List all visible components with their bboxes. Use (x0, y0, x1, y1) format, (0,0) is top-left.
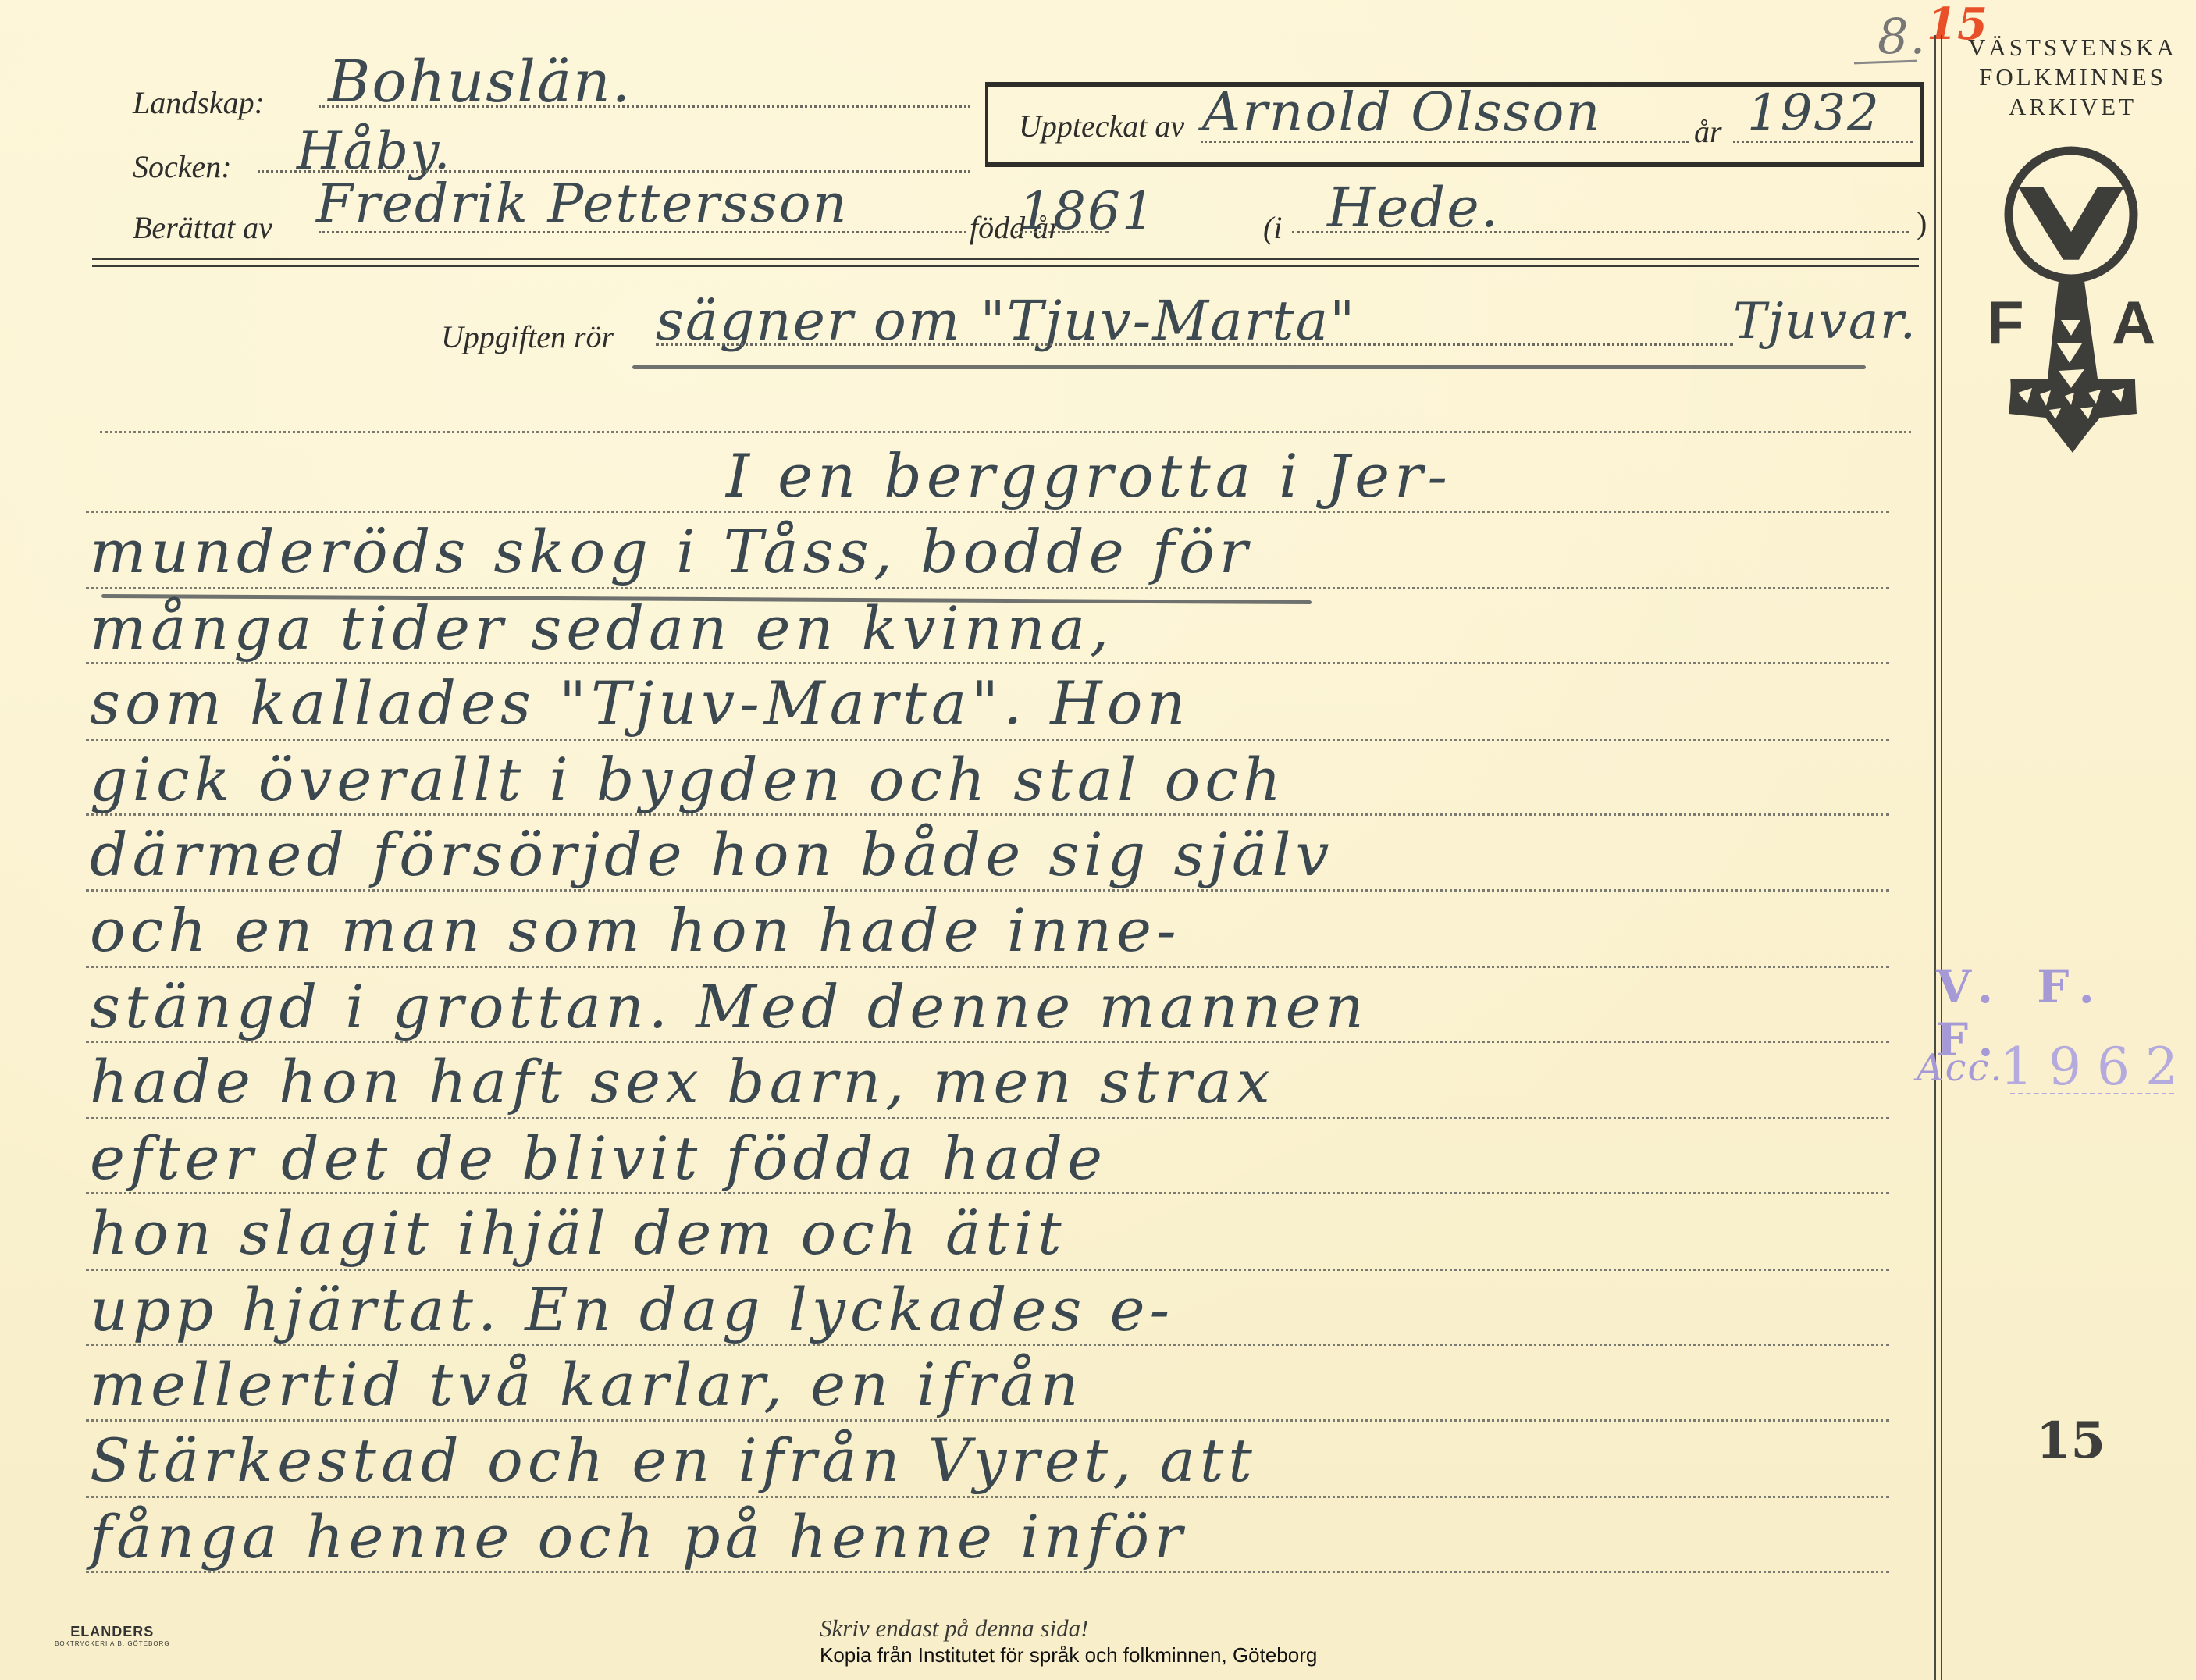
body-line-13: mellertid två karlar, en ifrån (90, 1350, 1083, 1419)
body-line-15: fånga henne och på henne inför (90, 1502, 1187, 1571)
ruled-line-6 (86, 889, 1889, 892)
fodd-dotted-line (1015, 231, 1109, 233)
footer-copy-notice: Kopia från Institutet för språk och folk… (820, 1643, 1317, 1668)
socken-dotted-line (258, 170, 970, 173)
margin-line-left (1934, 35, 1936, 1680)
body-line-6: därmed försörjde hon både sig själv (90, 820, 1334, 889)
footer-instruction: Skriv endast på denna sida! (820, 1614, 1088, 1643)
body-line-5: gick överallt i bygden och stal och (90, 745, 1286, 814)
ruled-line-14 (86, 1496, 1889, 1498)
header-rule-top (92, 258, 1919, 260)
recorder-year-label: år (1694, 113, 1722, 150)
logo-letter-f: F (1987, 288, 2024, 357)
archive-logo-icon: F A (1971, 144, 2174, 472)
body-line-12: upp hjärtat. En dag lyckades e- (90, 1275, 1174, 1344)
printer-subtitle: BOKTRYCKERI A.B. GÖTEBORG (55, 1638, 170, 1650)
body-line-4: som kallades "Tjuv-Marta". Hon (90, 668, 1190, 738)
fodd-place-close: ) (1917, 205, 1927, 241)
subject-underline (632, 365, 1866, 369)
ruled-line-9 (86, 1117, 1889, 1119)
ruled-line-13 (86, 1419, 1889, 1422)
body-line-8: stängd i grottan. Med denne mannen (90, 972, 1368, 1041)
landskap-dotted-line (319, 105, 970, 108)
fodd-place-dotted-line (1292, 231, 1909, 233)
stamped-page-number: 15 (2036, 1411, 2105, 1470)
berattat-label: Berättat av (133, 209, 272, 246)
landskap-label: Landskap: (133, 84, 265, 121)
subject-category: Tjuvar. (1733, 293, 1917, 351)
page-number-gray: 8. (1877, 8, 1927, 65)
ruled-line-4 (86, 739, 1889, 741)
margin-line-right (1941, 35, 1942, 1680)
fodd-place-open: (i (1263, 209, 1282, 246)
recorder-value: Arnold Olsson (1202, 82, 1601, 144)
body-line-3: många tider sedan en kvinna, (90, 593, 1113, 663)
logo-letter-a: A (2112, 288, 2155, 357)
body-line-1: I en berggrotta i Jer- (726, 441, 1452, 511)
ruled-line-11 (86, 1269, 1889, 1271)
ruled-line-0 (100, 431, 1911, 433)
body-line-14: Stärkestad och en ifrån Vyret, att (90, 1426, 1257, 1495)
acc-number: 1962 (2000, 1037, 2194, 1097)
archive-title-line-2: FOLKMINNES (1956, 62, 2190, 92)
printer-name: ELANDERS (55, 1625, 170, 1638)
acc-label: Acc. (1917, 1046, 2004, 1090)
archive-title-line-3: ARKIVET (1956, 92, 2190, 122)
ruled-line-7 (86, 966, 1889, 968)
body-line-2: munderöds skog i Tåss, bodde för (90, 517, 1252, 586)
subject-dotted-line (656, 343, 1733, 346)
socken-label: Socken: (133, 148, 232, 185)
body-line-7: och en man som hon hade inne- (90, 895, 1181, 965)
ruled-line-2 (86, 587, 1889, 589)
archive-title-line-1: VÄSTSVENSKA (1956, 33, 2190, 62)
berattat-value: Fredrik Pettersson (316, 173, 848, 235)
printer-mark: ELANDERS BOKTRYCKERI A.B. GÖTEBORG (55, 1625, 170, 1650)
subject-label: Uppgiften rör (441, 319, 614, 355)
recorder-label: Uppteckat av (1019, 108, 1184, 144)
body-line-10: efter det de blivit födda hade (90, 1123, 1107, 1193)
berattat-dotted-line (319, 231, 966, 233)
body-line-11: hon slagit ihjäl dem och ätit (90, 1198, 1066, 1268)
recorder-year-value: 1932 (1747, 84, 1881, 142)
ruled-line-1 (86, 511, 1889, 513)
header-rule-bottom (92, 265, 1919, 267)
body-line-9: hade hon haft sex barn, men strax (90, 1047, 1275, 1116)
recorder-dotted-line (1201, 141, 1689, 143)
recorder-year-dotted-line (1733, 141, 1913, 143)
acc-underline (2010, 1093, 2174, 1094)
fodd-place-value: Hede. (1327, 176, 1500, 240)
archive-title: VÄSTSVENSKA FOLKMINNES ARKIVET (1956, 33, 2190, 122)
